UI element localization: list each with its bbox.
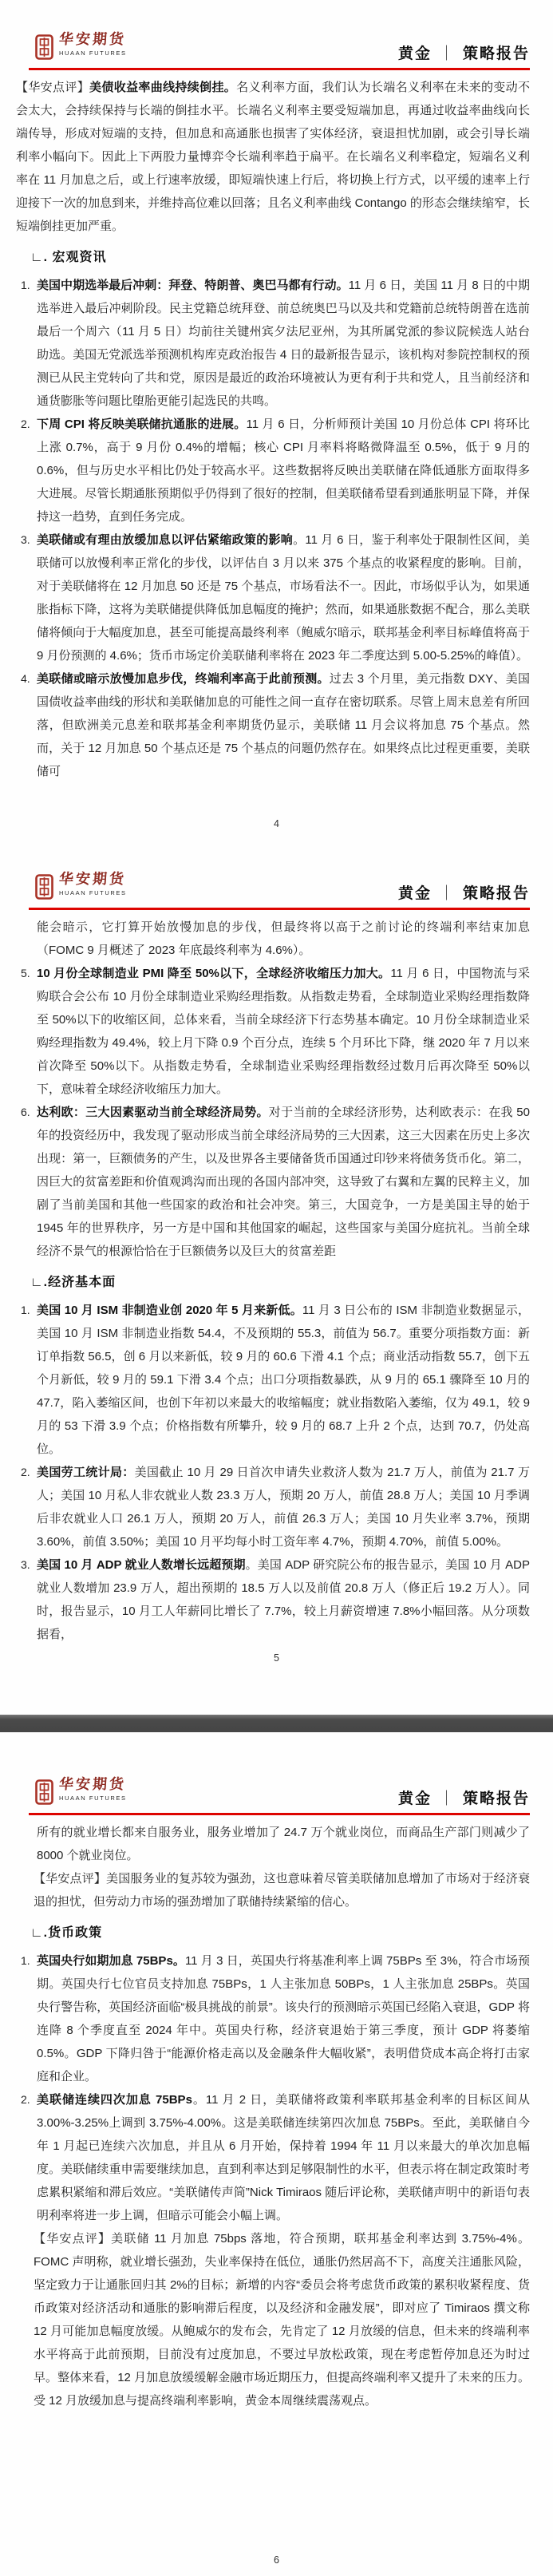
page-number: 4 bbox=[0, 818, 553, 829]
page-number: 6 bbox=[0, 2554, 553, 2566]
huaan-comment: 【华安点评】美联储 11 月加息 75bps 落地，符合预期，联邦基金利率达到 … bbox=[34, 2227, 530, 2412]
item-number: 1. bbox=[21, 1299, 30, 1322]
item-number: 1. bbox=[21, 274, 30, 297]
report-kind-label: 策略报告 bbox=[463, 881, 530, 903]
item-text: 达利欧：三大因素驱动当前全球经济局势。对于当前的全球经济形势，达利欧表示：在我 … bbox=[37, 1101, 530, 1263]
huaan-seal-icon bbox=[35, 34, 53, 64]
item-body: 。11 月 6 日，鉴于利率处于限制性区间，美联储可以放慢利率正常化的步伐，以评… bbox=[37, 533, 530, 663]
item-text: 美联储或有理由放缓加息以评估紧缩政策的影响。11 月 6 日，鉴于利率处于限制性… bbox=[37, 528, 530, 667]
brand-name-en: HUAAN FUTURES bbox=[59, 1795, 127, 1802]
comment-lead: 美债收益率曲线持续倒挂。 bbox=[89, 81, 236, 94]
item-lead: 美国 10 月 ISM 非制造业创 2020 年 5 月来新低。 bbox=[37, 1304, 302, 1317]
carryover-paragraph: 所有的就业增长都来自服务业，服务业增加了 24.7 万个就业岗位，而商品生产部门… bbox=[37, 1821, 530, 1867]
item-text: 下周 CPI 将反映美联储抗通胀的进展。11 月 6 日，分析师预计美国 10 … bbox=[37, 413, 530, 528]
title-divider: ｜ bbox=[439, 42, 456, 63]
item-text: 英国央行如期加息 75BPs。11 月 3 日，英国央行将基准利率上调 75BP… bbox=[37, 1949, 530, 2088]
section-heading-economy: ∟.经济基本面 bbox=[30, 1271, 530, 1294]
item-number: 2. bbox=[21, 413, 30, 436]
list-item: 2. 下周 CPI 将反映美联储抗通胀的进展。11 月 6 日，分析师预计美国 … bbox=[37, 413, 530, 528]
item-lead: 美国 10 月 ADP 就业人数增长远超预期 bbox=[37, 1558, 246, 1572]
item-text: 美联储或暗示放慢加息步伐，终端利率高于此前预测。过去 3 个月里，美元指数 DX… bbox=[37, 667, 530, 783]
section-heading-macro: ∟. 宏观资讯 bbox=[30, 246, 530, 269]
page-number: 5 bbox=[0, 1652, 553, 1664]
item-number: 3. bbox=[21, 1553, 30, 1577]
list-item: 1. 美国 10 月 ISM 非制造业创 2020 年 5 月来新低。11 月 … bbox=[37, 1299, 530, 1461]
item-number: 6. bbox=[21, 1101, 30, 1124]
title-divider: ｜ bbox=[439, 1787, 456, 1808]
list-item: 6. 达利欧：三大因素驱动当前全球经济局势。对于当前的全球经济形势，达利欧表示：… bbox=[37, 1101, 530, 1263]
item-text: 美国中期选举最后冲刺：拜登、特朗普、奥巴马都有行动。11 月 6 日，美国 11… bbox=[37, 274, 530, 413]
page-gap-band bbox=[0, 1715, 553, 1732]
list-item: 3. 美国 10 月 ADP 就业人数增长远超预期。美国 ADP 研究院公布的报… bbox=[37, 1553, 530, 1646]
title-divider: ｜ bbox=[439, 881, 456, 903]
brand-logo: 华安期货 HUAAN FUTURES bbox=[35, 33, 127, 64]
item-lead: 英国央行如期加息 75BPs。 bbox=[37, 1954, 185, 1968]
page-content: 【华安点评】美债收益率曲线持续倒挂。名义利率方面，我们认为长端名义利率在未来的变… bbox=[0, 70, 553, 783]
brand-name-cn: 华安期货 bbox=[58, 873, 127, 887]
comment-label: 【华安点评】 bbox=[16, 81, 89, 94]
page-content: 能会暗示，它打算开始放慢加息的步伐，但最终将以高于之前讨论的终端利率结束加息（F… bbox=[0, 910, 553, 1646]
item-lead: 10 月份全球制造业 PMI 降至 50%以下，全球经济收缩压力加大。 bbox=[37, 967, 390, 980]
huaan-seal-icon bbox=[35, 1779, 53, 1809]
item-body: 11 月 6 日，分析师预计美国 10 月份总体 CPI 将环比上涨 0.7%，… bbox=[37, 417, 530, 524]
report-page-5: 华安期货 HUAAN FUTURES 黄金 ｜ 策略报告 能会暗示，它打算开始放… bbox=[0, 846, 553, 1715]
item-number: 2. bbox=[21, 1461, 30, 1484]
huaan-comment: 【华安点评】美国服务业的复苏较为强劲，这也意味着尽管美联储加息增加了市场对于经济… bbox=[34, 1867, 530, 1913]
section-heading-policy: ∟.货币政策 bbox=[30, 1921, 530, 1945]
list-item: 5. 10 月份全球制造业 PMI 降至 50%以下，全球经济收缩压力加大。11… bbox=[37, 962, 530, 1101]
commodity-label: 黄金 bbox=[398, 881, 432, 903]
report-page-6: 华安期货 HUAAN FUTURES 黄金 ｜ 策略报告 所有的就业增长都来自服… bbox=[0, 1732, 553, 2576]
item-lead: 达利欧：三大因素驱动当前全球经济局势。 bbox=[37, 1106, 269, 1119]
report-kind-label: 策略报告 bbox=[463, 42, 530, 63]
item-body: 。11 月 2 日，美联储将政策利率联邦基金利率的目标区间从 3.00%-3.2… bbox=[37, 2093, 530, 2222]
page-content: 所有的就业增长都来自服务业，服务业增加了 24.7 万个就业岗位，而商品生产部门… bbox=[0, 1815, 553, 2412]
item-lead: 下周 CPI 将反映美联储抗通胀的进展。 bbox=[37, 417, 247, 431]
brand-logo: 华安期货 HUAAN FUTURES bbox=[35, 873, 127, 904]
brand-text: 华安期货 HUAAN FUTURES bbox=[59, 1778, 127, 1802]
item-number: 3. bbox=[21, 528, 30, 552]
brand-name-cn: 华安期货 bbox=[58, 1778, 127, 1792]
huaan-comment: 【华安点评】美债收益率曲线持续倒挂。名义利率方面，我们认为长端名义利率在未来的变… bbox=[16, 76, 530, 238]
item-text: 美国 10 月 ADP 就业人数增长远超预期。美国 ADP 研究院公布的报告显示… bbox=[37, 1553, 530, 1646]
item-number: 2. bbox=[21, 2088, 30, 2111]
item-body: 对于当前的全球经济形势，达利欧表示：在我 50 年的投资经历中，我发现了驱动形成… bbox=[37, 1106, 530, 1258]
huaan-seal-icon bbox=[35, 874, 53, 904]
list-item: 2. 美国劳工统计局：美国截止 10 月 29 日首次申请失业救济人数为 21.… bbox=[37, 1461, 530, 1553]
item-lead: 美联储或有理由放缓加息以评估紧缩政策的影响 bbox=[37, 533, 293, 547]
commodity-label: 黄金 bbox=[398, 42, 432, 63]
item-number: 1. bbox=[21, 1949, 30, 1973]
report-title: 黄金 ｜ 策略报告 bbox=[398, 42, 530, 64]
list-item: 2. 美联储连续四次加息 75BPs。11 月 2 日，美联储将政策利率联邦基金… bbox=[37, 2088, 530, 2227]
report-title: 黄金 ｜ 策略报告 bbox=[398, 1787, 530, 1809]
list-item: 1. 英国央行如期加息 75BPs。11 月 3 日，英国央行将基准利率上调 7… bbox=[37, 1949, 530, 2088]
brand-name-en: HUAAN FUTURES bbox=[59, 50, 127, 57]
report-kind-label: 策略报告 bbox=[463, 1787, 530, 1808]
list-item: 1. 美国中期选举最后冲刺：拜登、特朗普、奥巴马都有行动。11 月 6 日，美国… bbox=[37, 274, 530, 413]
item-body: 11 月 6 日，美国 11 月 8 日的中期选举进入最后冲刺阶段。民主党籍总统… bbox=[37, 279, 530, 408]
commodity-label: 黄金 bbox=[398, 1787, 432, 1808]
item-text: 美国劳工统计局：美国截止 10 月 29 日首次申请失业救济人数为 21.7 万… bbox=[37, 1461, 530, 1553]
list-item: 3. 美联储或有理由放缓加息以评估紧缩政策的影响。11 月 6 日，鉴于利率处于… bbox=[37, 528, 530, 667]
item-body: 11 月 3 日公布的 ISM 非制造业数据显示，美国 10 月 ISM 非制造… bbox=[37, 1304, 530, 1456]
report-title: 黄金 ｜ 策略报告 bbox=[398, 881, 530, 904]
item-text: 10 月份全球制造业 PMI 降至 50%以下，全球经济收缩压力加大。11 月 … bbox=[37, 962, 530, 1101]
comment-body: 名义利率方面，我们认为长端名义利率在未来的变动不会太大，会持续保持与长端的倒挂水… bbox=[16, 81, 530, 233]
item-lead: 美联储或暗示放慢加息步伐，终端利率高于此前预测。 bbox=[37, 672, 330, 686]
report-page-4: 华安期货 HUAAN FUTURES 黄金 ｜ 策略报告 【华安点评】美债收益率… bbox=[0, 0, 553, 846]
item-lead: 美国劳工统计局： bbox=[37, 1466, 135, 1479]
brand-logo: 华安期货 HUAAN FUTURES bbox=[35, 1778, 127, 1809]
page-header: 华安期货 HUAAN FUTURES 黄金 ｜ 策略报告 bbox=[0, 0, 553, 64]
item-body: 过去 3 个月里，美元指数 DXY、美国国债收益率曲线的形状和美联储加息的可能性… bbox=[37, 672, 530, 778]
brand-name-cn: 华安期货 bbox=[58, 33, 127, 47]
item-number: 4. bbox=[21, 667, 30, 690]
item-body: 11 月 6 日，中国物流与采购联合会公布 10 月份全球制造业采购经理指数。从… bbox=[37, 967, 530, 1096]
item-lead: 美国中期选举最后冲刺：拜登、特朗普、奥巴马都有行动。 bbox=[37, 279, 349, 292]
page-header: 华安期货 HUAAN FUTURES 黄金 ｜ 策略报告 bbox=[0, 1732, 553, 1809]
item-body: 11 月 3 日，英国央行将基准利率上调 75BPs 至 3%，符合市场预期。英… bbox=[37, 1954, 530, 2083]
page-header: 华安期货 HUAAN FUTURES 黄金 ｜ 策略报告 bbox=[0, 846, 553, 904]
item-number: 5. bbox=[21, 962, 30, 985]
carryover-paragraph: 能会暗示，它打算开始放慢加息的步伐，但最终将以高于之前讨论的终端利率结束加息（F… bbox=[37, 916, 530, 962]
brand-name-en: HUAAN FUTURES bbox=[59, 890, 127, 896]
list-item: 4. 美联储或暗示放慢加息步伐，终端利率高于此前预测。过去 3 个月里，美元指数… bbox=[37, 667, 530, 783]
brand-text: 华安期货 HUAAN FUTURES bbox=[59, 873, 127, 896]
item-text: 美联储连续四次加息 75BPs。11 月 2 日，美联储将政策利率联邦基金利率的… bbox=[37, 2088, 530, 2227]
item-text: 美国 10 月 ISM 非制造业创 2020 年 5 月来新低。11 月 3 日… bbox=[37, 1299, 530, 1461]
brand-text: 华安期货 HUAAN FUTURES bbox=[59, 33, 127, 57]
item-lead: 美联储连续四次加息 75BPs bbox=[37, 2093, 192, 2107]
